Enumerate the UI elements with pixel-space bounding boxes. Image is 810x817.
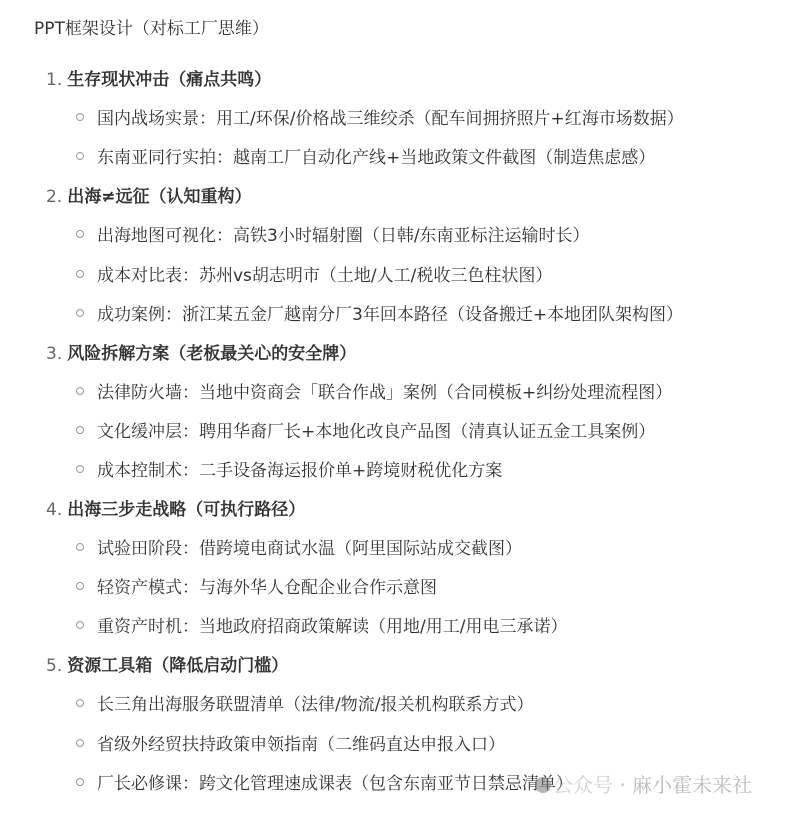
section-heading-5: 5.资源工具箱（降低启动门槛） xyxy=(46,654,288,678)
section-title: 风险拆解方案（老板最关心的安全牌） xyxy=(67,344,356,364)
hollow-bullet-icon xyxy=(76,152,84,160)
section-number: 4. xyxy=(46,500,62,520)
hollow-bullet-icon xyxy=(76,543,84,551)
list-item: 长三角出海服务联盟清单（法律/物流/报关机构联系方式） xyxy=(76,693,533,717)
list-item: 轻资产模式：与海外华人仓配企业合作示意图 xyxy=(76,576,437,600)
hollow-bullet-icon xyxy=(76,739,84,747)
list-item-text: 成本控制术：二手设备海运报价单+跨境财税优化方案 xyxy=(97,461,502,481)
hollow-bullet-icon xyxy=(76,387,84,395)
section-number: 5. xyxy=(46,656,62,676)
watermark: 公众号 · 麻小霍未来社 xyxy=(535,771,752,799)
watermark-prefix: 公众号 xyxy=(553,773,613,797)
section-title: 出海三步走战略（可执行路径） xyxy=(67,500,305,520)
hollow-bullet-icon xyxy=(76,621,84,629)
list-item-text: 出海地图可视化：高铁3小时辐射圈（日韩/东南亚标注运输时长） xyxy=(97,226,590,246)
list-item-text: 文化缓冲层：聘用华裔厂长+本地化改良产品图（清真认证五金工具案例） xyxy=(97,422,655,442)
hollow-bullet-icon xyxy=(76,309,84,317)
list-item: 重资产时机：当地政府招商政策解读（用地/用工/用电三承诺） xyxy=(76,615,567,639)
watermark-separator: · xyxy=(613,773,632,797)
section-number: 2. xyxy=(46,187,62,207)
section-number: 3. xyxy=(46,344,62,364)
section-title: 资源工具箱（降低启动门槛） xyxy=(67,656,288,676)
list-item: 法律防火墙：当地中资商会「联合作战」案例（合同模板+纠纷处理流程图） xyxy=(76,381,672,405)
list-item-text: 成本对比表：苏州vs胡志明市（土地/人工/税收三色柱状图） xyxy=(97,266,552,286)
list-item: 国内战场实景：用工/环保/价格战三维绞杀（配车间拥挤照片+红海市场数据） xyxy=(76,107,684,131)
section-title: 出海≠远征（认知重构） xyxy=(67,187,251,207)
list-item-text: 轻资产模式：与海外华人仓配企业合作示意图 xyxy=(97,578,437,598)
wechat-logo-icon xyxy=(535,777,551,793)
list-item-text: 法律防火墙：当地中资商会「联合作战」案例（合同模板+纠纷处理流程图） xyxy=(97,383,672,403)
hollow-bullet-icon xyxy=(76,778,84,786)
hollow-bullet-icon xyxy=(76,426,84,434)
list-item: 厂长必修课：跨文化管理速成课表（包含东南亚节日禁忌清单） xyxy=(76,772,573,796)
hollow-bullet-icon xyxy=(76,582,84,590)
list-item-text: 成功案例：浙江某五金厂越南分厂3年回本路径（设备搬迁+本地团队架构图） xyxy=(97,305,683,325)
list-item: 东南亚同行实拍：越南工厂自动化产线+当地政策文件截图（制造焦虑感） xyxy=(76,146,655,170)
document-title: PPT框架设计（对标工厂思维） xyxy=(34,17,269,41)
list-item-text: 试验田阶段：借跨境电商试水温（阿里国际站成交截图） xyxy=(97,539,522,559)
list-item-text: 重资产时机：当地政府招商政策解读（用地/用工/用电三承诺） xyxy=(97,617,567,637)
hollow-bullet-icon xyxy=(76,230,84,238)
section-heading-1: 1.生存现状冲击（痛点共鸣） xyxy=(46,68,271,92)
hollow-bullet-icon xyxy=(76,699,84,707)
list-item-text: 厂长必修课：跨文化管理速成课表（包含东南亚节日禁忌清单） xyxy=(97,774,573,794)
section-title: 生存现状冲击（痛点共鸣） xyxy=(67,70,271,90)
section-number: 1. xyxy=(46,70,62,90)
section-heading-4: 4.出海三步走战略（可执行路径） xyxy=(46,498,305,522)
list-item: 成功案例：浙江某五金厂越南分厂3年回本路径（设备搬迁+本地团队架构图） xyxy=(76,303,683,327)
section-heading-2: 2.出海≠远征（认知重构） xyxy=(46,185,251,209)
list-item: 出海地图可视化：高铁3小时辐射圈（日韩/东南亚标注运输时长） xyxy=(76,224,590,248)
list-item: 试验田阶段：借跨境电商试水温（阿里国际站成交截图） xyxy=(76,537,522,561)
list-item-text: 长三角出海服务联盟清单（法律/物流/报关机构联系方式） xyxy=(97,695,533,715)
list-item-text: 东南亚同行实拍：越南工厂自动化产线+当地政策文件截图（制造焦虑感） xyxy=(97,148,655,168)
hollow-bullet-icon xyxy=(76,113,84,121)
hollow-bullet-icon xyxy=(76,270,84,278)
hollow-bullet-icon xyxy=(76,465,84,473)
watermark-name: 麻小霍未来社 xyxy=(632,773,752,797)
list-item-text: 国内战场实景：用工/环保/价格战三维绞杀（配车间拥挤照片+红海市场数据） xyxy=(97,109,684,129)
list-item: 成本对比表：苏州vs胡志明市（土地/人工/税收三色柱状图） xyxy=(76,264,552,288)
list-item: 省级外经贸扶持政策申领指南（二维码直达申报入口） xyxy=(76,733,505,757)
list-item: 文化缓冲层：聘用华裔厂长+本地化改良产品图（清真认证五金工具案例） xyxy=(76,420,655,444)
list-item: 成本控制术：二手设备海运报价单+跨境财税优化方案 xyxy=(76,459,502,483)
section-heading-3: 3.风险拆解方案（老板最关心的安全牌） xyxy=(46,342,356,366)
list-item-text: 省级外经贸扶持政策申领指南（二维码直达申报入口） xyxy=(97,735,505,755)
